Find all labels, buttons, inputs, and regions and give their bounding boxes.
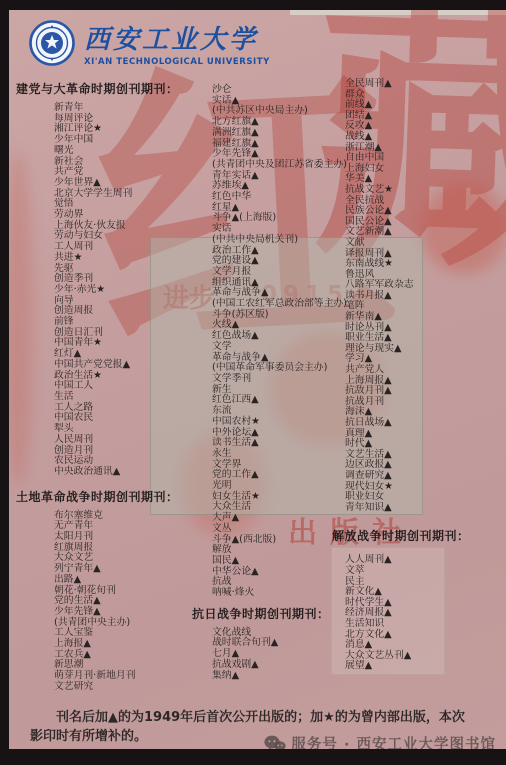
university-logo-icon bbox=[29, 20, 75, 66]
periodical-item: 中国共产党党报▲ bbox=[54, 360, 184, 371]
periodical-item: 生活知识 bbox=[345, 619, 500, 630]
column-right: 全民周刊▲群众前线▲团结▲反攻▲战线▲浙江潮▲自由中国上海妇女华美▲抗战文艺★全… bbox=[332, 79, 500, 672]
periodical-item: 展望▲ bbox=[345, 661, 500, 672]
section-title-agrarian: 土地革命战争时期创刊期刊： bbox=[16, 490, 184, 504]
periodical-item: 战线▲ bbox=[345, 132, 500, 143]
service-badge: 服务号 · 西安工业大学图书馆 bbox=[264, 733, 496, 749]
section-title-liberation: 解放战争时期创刊期刊： bbox=[332, 529, 500, 543]
periodical-item: 抗日战场▲ bbox=[345, 418, 500, 429]
periodical-item: 文萃 bbox=[345, 566, 500, 577]
photo-edge-sliver bbox=[290, 10, 506, 15]
section-title-founding: 建党与大革命时期创刊期刊： bbox=[16, 82, 184, 96]
column-left: 建党与大革命时期创刊期刊： 新青年每周评论湘江评论★少年中国曙光新社会共产党少年… bbox=[16, 82, 184, 693]
document-photo: 红 藏 进步 0915— 出版社 西安工业大学 XI'AN TECHNOLOGI… bbox=[0, 0, 506, 765]
periodical-item: 满洲红旗▲ bbox=[212, 128, 344, 139]
periodical-item: 调查研究▲ bbox=[345, 471, 500, 482]
periodical-item: 文学 bbox=[212, 342, 344, 353]
periodical-list-antijapanese-right: 全民周刊▲群众前线▲团结▲反攻▲战线▲浙江潮▲自由中国上海妇女华美▲抗战文艺★全… bbox=[332, 79, 500, 513]
book-page: 红 藏 进步 0915— 出版社 西安工业大学 XI'AN TECHNOLOGI… bbox=[9, 10, 506, 749]
wechat-icon bbox=[264, 735, 286, 750]
periodical-item: (中共中央局机关刊) bbox=[212, 235, 344, 246]
periodical-item: 文艺新潮▲ bbox=[345, 227, 500, 238]
periodical-item: 曙光 bbox=[54, 146, 184, 157]
periodical-item: 人人周刊▲ bbox=[345, 555, 500, 566]
service-badge-text: 服务号 · 西安工业大学图书馆 bbox=[291, 733, 496, 749]
periodical-item: 文献 bbox=[345, 238, 500, 249]
university-name-zh: 西安工业大学 bbox=[84, 19, 270, 56]
university-name-en: XI'AN TECHNOLOGICAL UNIVERSITY bbox=[84, 57, 270, 67]
periodical-item: 全民周刊▲ bbox=[345, 79, 500, 90]
section-title-antijapanese: 抗日战争时期创刊期刊： bbox=[192, 607, 344, 621]
periodical-item: 共进★ bbox=[54, 253, 184, 264]
periodical-item: 文丛 bbox=[212, 524, 344, 535]
periodical-list-founding: 新青年每周评论湘江评论★少年中国曙光新社会共产党少年世界▲北京大学学生周刊觉悟劳… bbox=[16, 103, 184, 478]
periodical-item: 中央政治通讯▲ bbox=[54, 467, 184, 478]
periodical-item: 呐喊·烽火 bbox=[212, 588, 344, 599]
periodical-item: 抗战戏剧▲ bbox=[212, 660, 344, 671]
university-name-block: 西安工业大学 XI'AN TECHNOLOGICAL UNIVERSITY bbox=[84, 19, 270, 67]
periodical-item: 青年知识▲ bbox=[345, 503, 500, 514]
university-header: 西安工业大学 XI'AN TECHNOLOGICAL UNIVERSITY bbox=[29, 19, 270, 67]
periodical-item: 永生 bbox=[212, 449, 344, 460]
periodical-list-agrarian-left: 布尔塞维克无产青年太阳月刊红旗周报大众文艺列宁青年▲出路▲朝花·朝花旬刊党的生活… bbox=[16, 511, 184, 693]
periodical-list-antijapanese-middle: 文化战线战时联合旬刊▲七月▲抗战戏剧▲集纳▲ bbox=[192, 628, 344, 682]
periodical-item: 集纳▲ bbox=[212, 671, 344, 682]
periodical-item: 读书月报▲ bbox=[345, 291, 500, 302]
periodical-item: 出路▲ bbox=[54, 575, 184, 586]
periodical-list-agrarian-middle: 沙仑实话▲(中共苏区中央局主办)北方红旗▲满洲红旗▲福建红旗▲少年先锋▲(共青团… bbox=[192, 85, 344, 599]
column-middle: 沙仑实话▲(中共苏区中央局主办)北方红旗▲满洲红旗▲福建红旗▲少年先锋▲(共青团… bbox=[192, 85, 344, 681]
periodical-item: 中国农村★ bbox=[212, 417, 344, 428]
periodical-item: 文艺研究 bbox=[54, 682, 184, 693]
periodical-item: 抗战文艺★ bbox=[345, 185, 500, 196]
periodical-item: 人民周刊 bbox=[54, 435, 184, 446]
periodical-list-liberation: 人人周刊▲文萃民主新文化▲时代学生▲经济周报▲生活知识北方文化▲消息▲大众文艺丛… bbox=[332, 555, 500, 672]
